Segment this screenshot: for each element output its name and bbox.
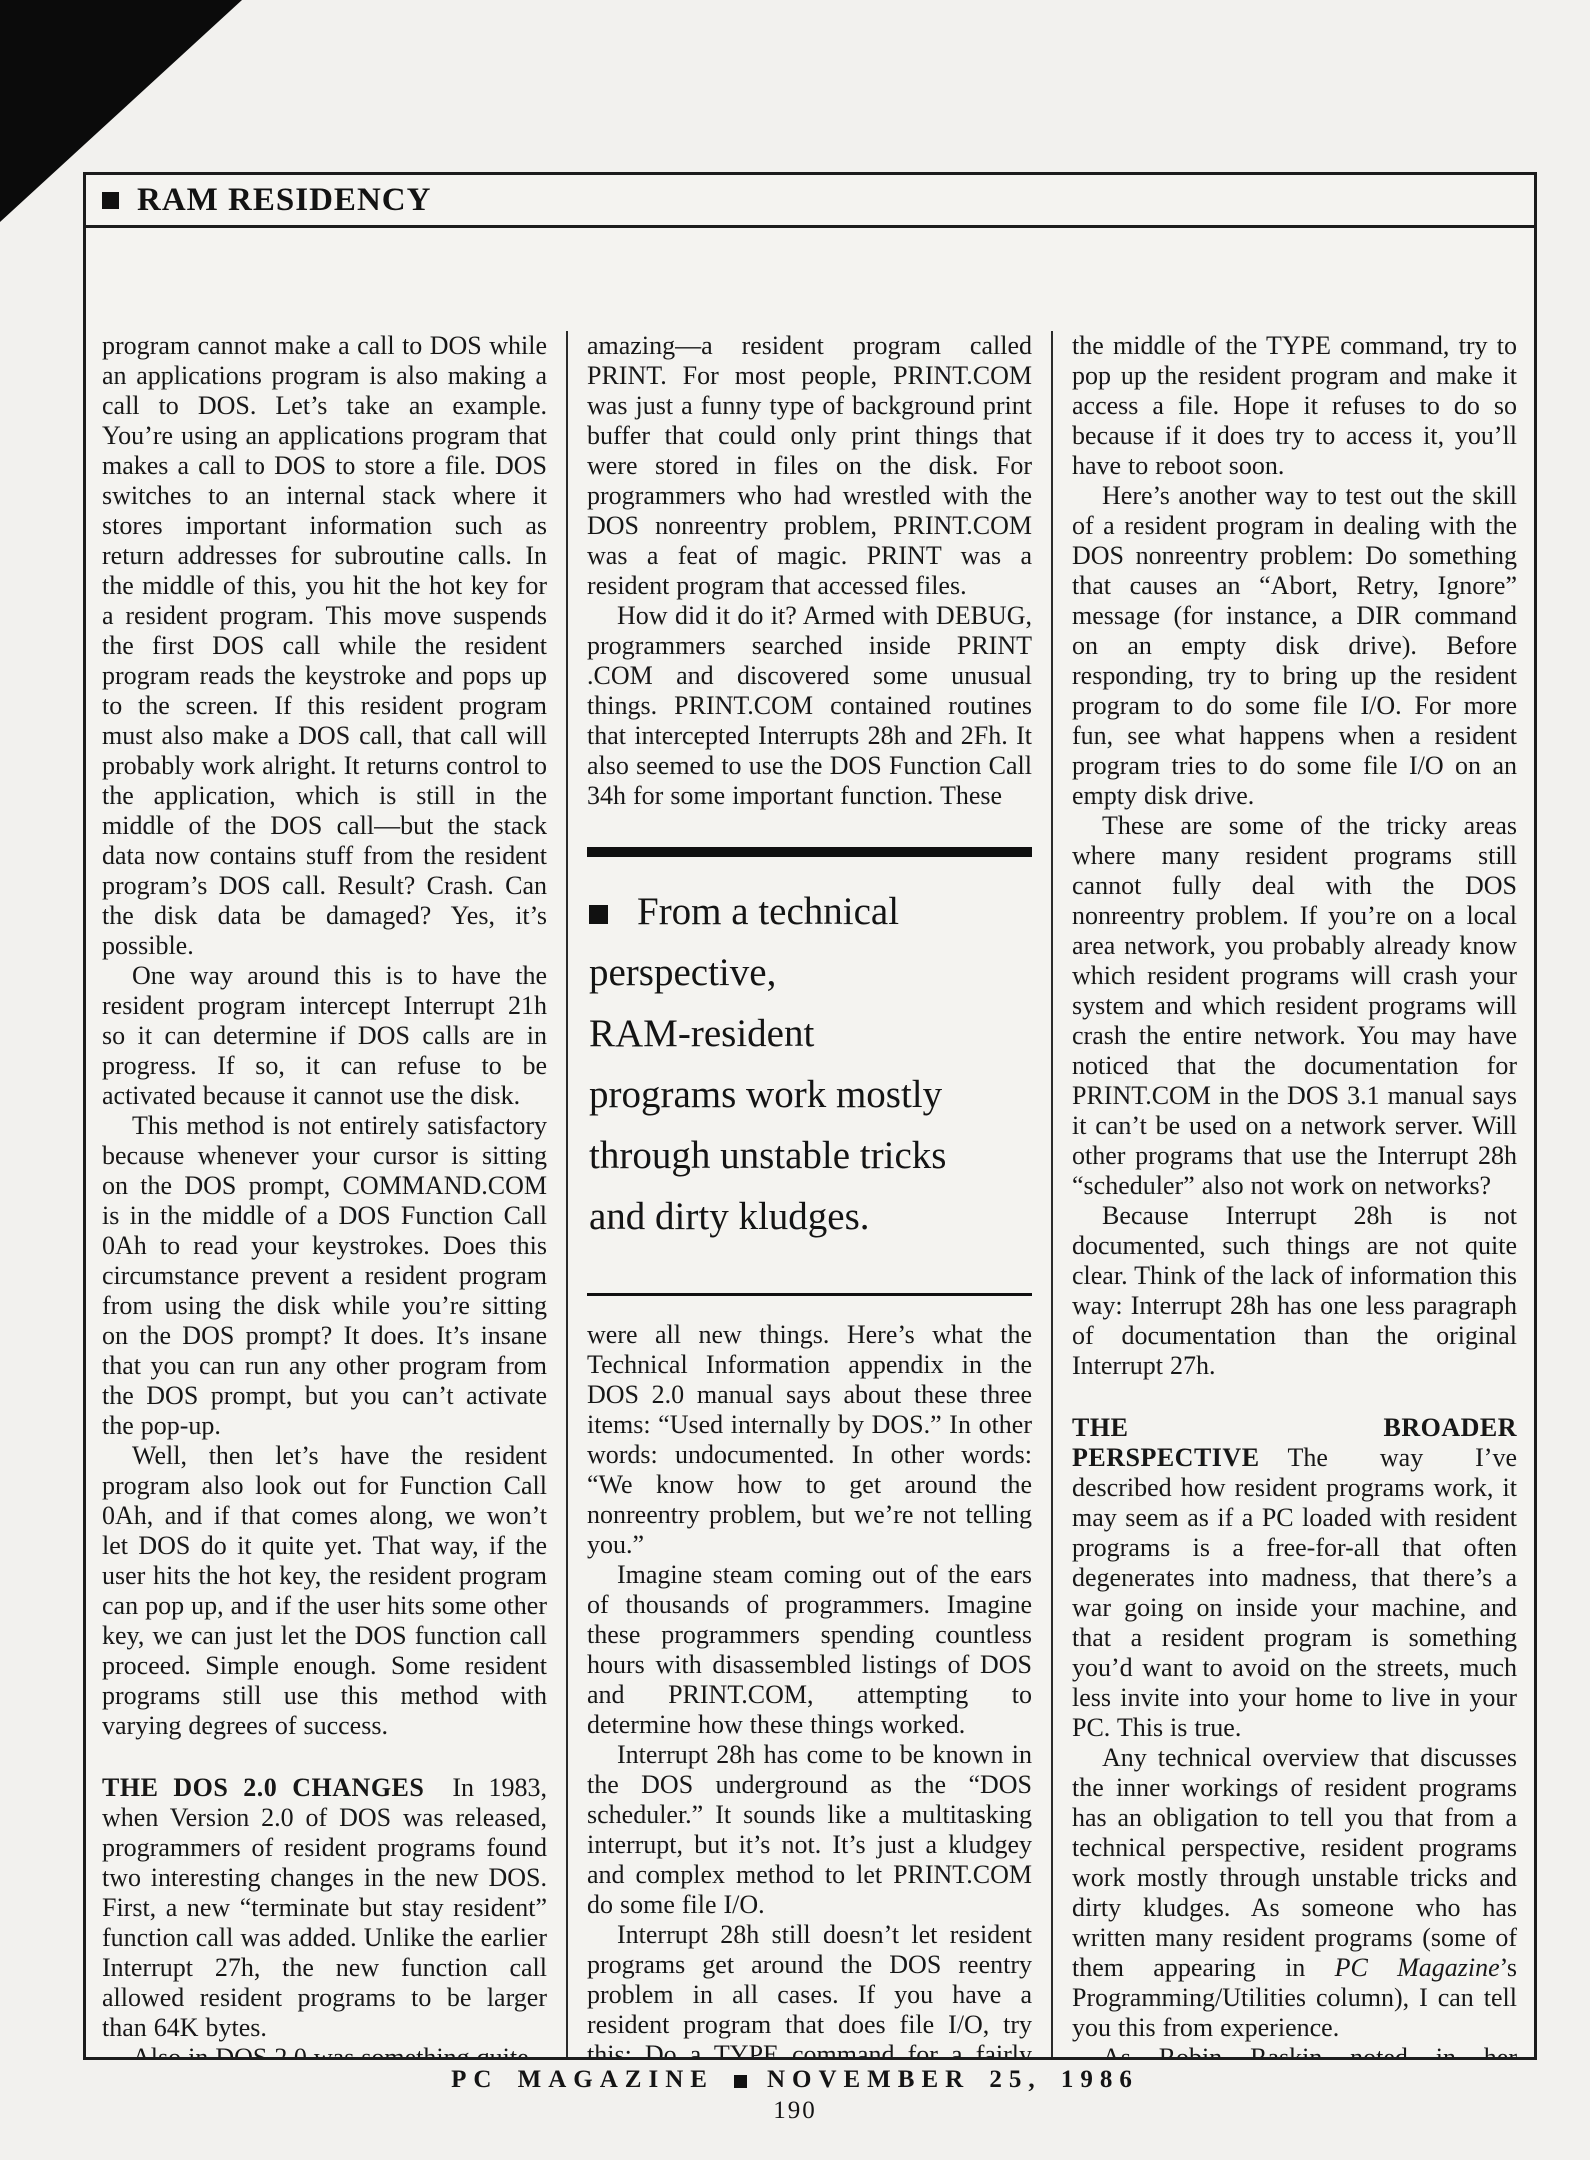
body-paragraph: program cannot make a call to DOS while … — [102, 331, 547, 961]
text-column-1: program cannot make a call to DOS while … — [102, 331, 547, 2057]
body-paragraph: the middle of the TYPE command, try to p… — [1072, 331, 1517, 481]
text-column-2: amazing—a resident program called PRINT.… — [566, 331, 1032, 2057]
square-bullet-icon — [102, 192, 119, 209]
body-paragraph: amazing—a resident program called PRINT.… — [587, 331, 1032, 601]
section-heading: THE DOS 2.0 CHANGES — [102, 1773, 424, 1802]
body-paragraph: Imagine steam coming out of the ears of … — [587, 1560, 1032, 1740]
text-column-3: the middle of the TYPE command, try to p… — [1051, 331, 1517, 2057]
body-paragraph: Any technical overview that discusses th… — [1072, 1743, 1517, 2043]
pull-quote-line: perspective, — [589, 942, 1030, 1003]
body-paragraph: were all new things. Here’s what the Tec… — [587, 1320, 1032, 1560]
body-paragraph: As Robin Raskin noted in her introductio… — [1072, 2043, 1517, 2057]
page-footer: PC MAGAZINENOVEMBER 25, 1986 190 — [0, 2066, 1590, 2125]
body-paragraph: Interrupt 28h has come to be known in th… — [587, 1740, 1032, 1920]
body-paragraph: One way around this is to have the resid… — [102, 961, 547, 1111]
pull-quote-line: From a technical — [589, 881, 1030, 942]
pull-quote-line: programs work mostly — [589, 1064, 1030, 1125]
square-bullet-icon — [589, 905, 608, 924]
pull-quote-line: RAM-resident — [589, 1003, 1030, 1064]
pull-quote-line: through unstable tricks — [589, 1125, 1030, 1186]
body-paragraph: Here’s another way to test out the skill… — [1072, 481, 1517, 811]
body-paragraph: These are some of the tricky areas where… — [1072, 811, 1517, 1201]
square-bullet-icon — [734, 2075, 747, 2088]
body-paragraph: Interrupt 28h still doesn’t let resident… — [587, 1920, 1032, 2057]
page-number: 190 — [0, 2097, 1590, 2125]
footer-issue-date: NOVEMBER 25, 1986 — [767, 2066, 1139, 2093]
section-paragraph: THE BROADER PERSPECTIVEThe way I’ve desc… — [1072, 1413, 1517, 1743]
pull-quote: From a technicalperspective,RAM-resident… — [587, 847, 1032, 1296]
pull-quote-line: and dirty kludges. — [589, 1186, 1030, 1247]
body-paragraph: Also in DOS 2.0 was something quite — [102, 2043, 547, 2057]
body-paragraph: Well, then let’s have the resident progr… — [102, 1441, 547, 1741]
body-paragraph: How did it do it? Armed with DEBUG, prog… — [587, 601, 1032, 811]
article-title: RAM RESIDENCY — [137, 182, 431, 219]
section-heading: THE BROADER PERSPECTIVE — [1072, 1413, 1517, 1472]
article-header: RAM RESIDENCY — [86, 175, 1534, 228]
footer-line: PC MAGAZINENOVEMBER 25, 1986 — [0, 2066, 1590, 2094]
scanned-magazine-page: RAM RESIDENCY program cannot make a call… — [0, 0, 1590, 2160]
footer-magazine-name: PC MAGAZINE — [451, 2066, 714, 2093]
article-columns: program cannot make a call to DOS while … — [86, 228, 1534, 2057]
body-paragraph: Because Interrupt 28h is not documented,… — [1072, 1201, 1517, 1381]
section-paragraph: THE DOS 2.0 CHANGESIn 1983, when Version… — [102, 1773, 547, 2043]
page-frame: RAM RESIDENCY program cannot make a call… — [83, 172, 1537, 2060]
body-paragraph: This method is not entirely satisfactory… — [102, 1111, 547, 1441]
